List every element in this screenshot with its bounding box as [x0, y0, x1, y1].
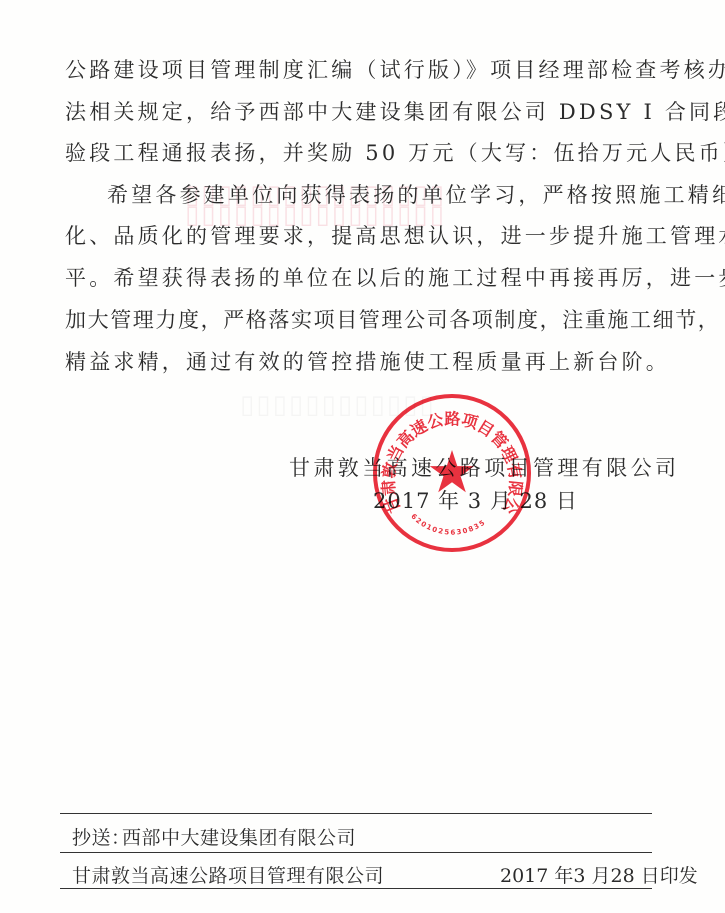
- footer-bottom-rule: [60, 888, 652, 889]
- body-text-line: 平。希望获得表扬的单位在以后的施工过程中再接再厉，进一步: [65, 264, 655, 292]
- body-text-line: 化、品质化的管理要求，提高思想认识，进一步提升施工管理水: [65, 222, 655, 250]
- body-text-line: 加大管理力度，严格落实项目管理公司各项制度，注重施工细节，: [65, 306, 655, 334]
- body-text-line: 验段工程通报表扬，并奖励 50 万元（大写：伍拾万元人民币）。: [65, 139, 655, 167]
- body-text-line: 希望各参建单位向获得表扬的单位学习，严格按照施工精细: [107, 181, 655, 209]
- issuer-organization: 甘肃敦当高速公路项目管理有限公司: [72, 861, 384, 888]
- footer-middle-rule: [60, 852, 652, 853]
- official-seal-stamp: 甘肃敦当高速公路项目管理有限公司 ★ 6201025630835: [371, 392, 533, 554]
- svg-text:6201025630835: 6201025630835: [409, 512, 487, 536]
- footer-top-rule: [60, 813, 652, 814]
- body-text-line: 法相关规定，给予西部中大建设集团有限公司 DDSY I 合同段试: [65, 98, 655, 126]
- body-text-line: 公路建设项目管理制度汇编（试行版）》项目经理部检查考核办: [65, 56, 655, 84]
- body-text-line: 精益求精，通过有效的管控措施使工程质量再上新台阶。: [65, 348, 655, 376]
- document-page: ▯▯▯▯▯▯▯▯▯▯▯▯▯▯▯▯ ▯▯▯▯▯▯▯▯▯▯▯▯▯▯▯▯ ▯▯▯▯▯▯…: [0, 0, 725, 913]
- star-icon: ★: [426, 438, 478, 506]
- cc-recipient: 西部中大建设集团有限公司: [122, 823, 356, 850]
- issue-date: 2017 年3 月28 日印发: [500, 861, 698, 888]
